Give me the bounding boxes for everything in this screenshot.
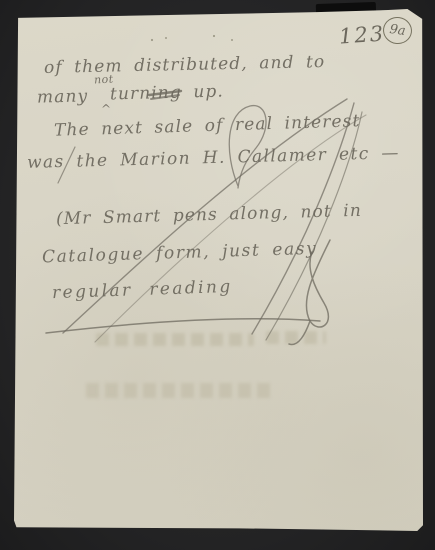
handwriting-line-2-post: turning up.	[110, 82, 224, 105]
bleedthrough-text-line-2	[86, 383, 274, 398]
handwriting-line-2-pre: many	[37, 86, 89, 107]
bleedthrough-text-line-1b	[266, 331, 326, 344]
page-number: 123	[338, 21, 386, 48]
manuscript-paper: 123 9a of them distributed, and to many …	[14, 9, 423, 532]
handwriting-line-6: Catalogue form, just easy	[42, 239, 318, 268]
handwriting-line-7: regular reading	[52, 277, 233, 303]
handwriting-line-4: was the Marion H. Callamer etc —	[27, 143, 400, 173]
handwriting-line-5: (Mr Smart pens along, not in	[56, 201, 362, 230]
page-letter: 9a	[389, 22, 407, 39]
bleedthrough-text-line-1	[96, 333, 254, 346]
handwriting-line-1: of them distributed, and to	[44, 52, 326, 78]
handwriting-line-3: The next sale of real interest	[54, 111, 361, 141]
scanned-photo: 123 9a of them distributed, and to many …	[0, 0, 435, 550]
page-letter-circled: 9a	[381, 15, 413, 46]
